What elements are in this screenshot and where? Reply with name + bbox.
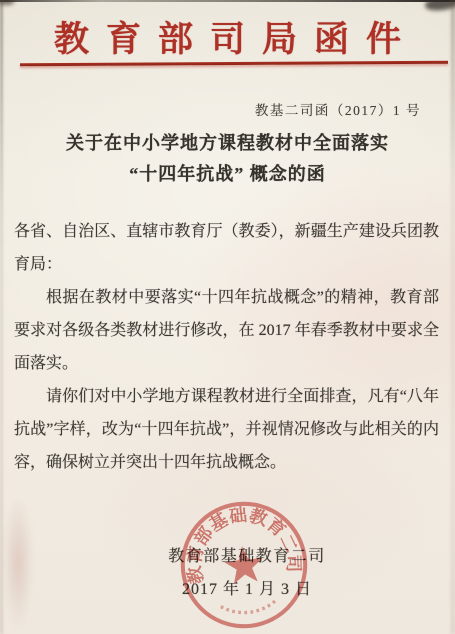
- signature-block: 教育部基础教育二司 2017 年 1 月 3 日: [147, 540, 347, 606]
- scan-artifact-right-edge: [451, 0, 455, 634]
- document-title-line1: 关于在中小学地方课程教材中全面落实: [66, 133, 389, 153]
- scanned-letter-page: 教育部司局函件 教基二司函（2017）1 号 关于在中小学地方课程教材中全面落实…: [0, 0, 455, 634]
- document-number: 教基二司函（2017）1 号: [255, 99, 421, 119]
- body-paragraph-1: 根据在教材中要落实“十四年抗战概念”的精神，教育部要求对各级各类教材进行修改，在…: [14, 281, 439, 380]
- document-title-line2: “十四年抗战” 概念的函: [129, 164, 326, 184]
- signature-date: 2017 年 1 月 3 日: [147, 573, 347, 606]
- scan-artifact-top-edge: [0, 0, 455, 2]
- document-title: 关于在中小学地方课程教材中全面落实 “十四年抗战” 概念的函: [20, 128, 435, 190]
- body-paragraph-2: 请你们对中小学地方课程教材进行全面排查，凡有“八年抗战”字样，改为“十四年抗战”…: [14, 380, 439, 479]
- signature-department: 教育部基础教育二司: [147, 540, 347, 573]
- salutation: 各省、自治区、直辖市教育厅（教委），新疆生产建设兵团教育局：: [14, 215, 439, 281]
- letter-body: 各省、自治区、直辖市教育厅（教委），新疆生产建设兵团教育局： 根据在教材中要落实…: [14, 215, 439, 479]
- scan-artifact-bottom-left-smudge: [3, 495, 33, 630]
- letterhead-title: 教育部司局函件: [0, 12, 455, 62]
